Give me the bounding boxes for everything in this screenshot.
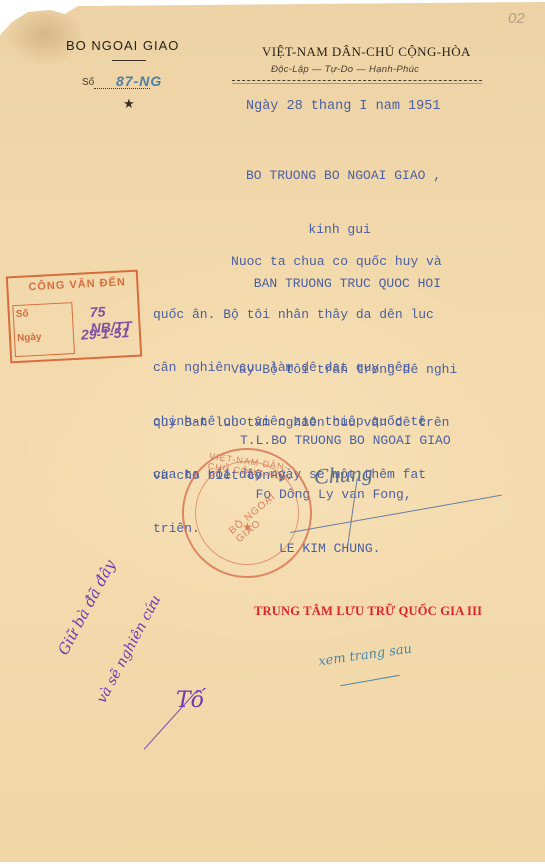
- received-stamp-number-label: Số: [16, 308, 29, 320]
- organization-underline: [112, 60, 146, 61]
- address-line: BO TRUONG BO NGOAI GIAO ,: [246, 167, 441, 185]
- motto-divider-secondary: [232, 83, 482, 84]
- received-stamp: CÔNG VĂN ĐẾN Số Ngày 75 NB/TT 29-1-51: [6, 270, 142, 364]
- document-number: 87-NG: [116, 73, 162, 89]
- body-line: quốc ân. Bộ tôi nhân thây da dên luc: [153, 306, 442, 324]
- national-motto: Độc-Lập — Tự-Do — Hạnh-Phúc: [271, 64, 419, 75]
- page-number: 02: [508, 10, 525, 27]
- star-icon: ★: [123, 96, 135, 112]
- date-line: Ngày 28 thang I nam 1951: [246, 98, 440, 116]
- received-stamp-header: CÔNG VĂN ĐẾN: [28, 276, 126, 293]
- seal-star-icon: ★: [242, 520, 253, 534]
- handwritten-signature: Chung: [313, 460, 373, 490]
- official-seal: VIỆT-NAM DÂN-CHỦ CỘNG-HÒA BỘ NGOẠI GIAO …: [182, 448, 312, 578]
- archive-watermark: TRUNG TÂM LƯU TRỮ QUỐC GIA III: [254, 604, 482, 619]
- signature-line: T.L.BO TRUONG BO NGOAI GIAO: [240, 432, 451, 450]
- body-line: Nuoc ta chua co quốc huy và: [153, 253, 442, 271]
- number-label: Số: [82, 77, 94, 88]
- received-date: 29-1-51: [81, 324, 130, 343]
- received-stamp-date-label: Ngày: [17, 332, 42, 344]
- nation-name: VIỆT-NAM DÂN-CHỦ CỘNG-HÒA: [262, 44, 471, 60]
- body-line: Vây Bộ tôi trân trong dê nghi: [153, 361, 457, 379]
- motto-divider: [232, 80, 482, 81]
- organization-name: BO NGOAI GIAO: [66, 38, 179, 53]
